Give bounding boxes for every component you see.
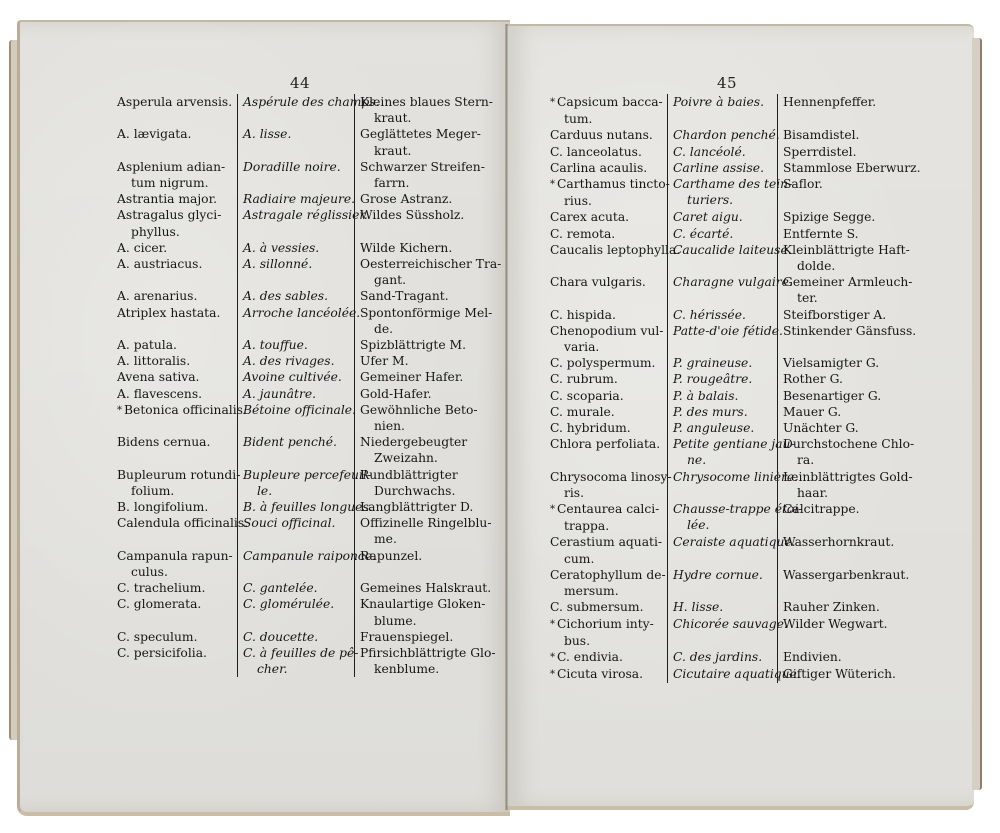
german-name-line: Wildes Süssholz.: [360, 208, 464, 222]
table-row: Chlora perfoliata.Petite gentiane jau-ne…: [550, 436, 909, 468]
latin-name-cell: C. submersum.: [550, 599, 667, 615]
french-name-line: C. gantelée.: [243, 581, 318, 595]
latin-name-line: folium.: [131, 484, 174, 498]
latin-name-cell: Astrantia major.: [117, 191, 237, 207]
german-name-text: me.: [360, 531, 486, 547]
german-name-line: Schwarzer Streifen-: [360, 160, 485, 174]
latin-name-text: Chrysocoma linosy-: [550, 469, 667, 485]
latin-name-line: Calendula officinalis.: [117, 516, 248, 530]
right-page-stack-edge: [972, 38, 982, 790]
german-name-cell: Geglättetes Meger-kraut.: [354, 126, 486, 158]
french-name-text: C. hérissée.: [673, 307, 777, 323]
french-name-cell: Radiaire majeure.: [237, 191, 354, 207]
table-row: Chrysocoma linosy-ris.Chrysocome linière…: [550, 469, 909, 501]
german-name-line: Rapunzel.: [360, 549, 422, 563]
table-row: C. murale.P. des murs.Mauer G.: [550, 404, 909, 420]
german-name-text: Gemeiner Hafer.: [360, 369, 486, 385]
latin-name-cell: *Cicuta virosa.: [550, 666, 667, 683]
french-name-cell: P. à balais.: [667, 388, 777, 404]
french-name-line: C. hérissée.: [673, 308, 746, 322]
french-name-cell: P. graineuse.: [667, 355, 777, 371]
french-name-cell: Carthame des tein-turiers.: [667, 176, 777, 209]
latin-name-cell: Calendula officinalis.: [117, 515, 237, 547]
plant-name-table-right: *Capsicum bacca-tum.Poivre à baies.Henne…: [550, 94, 909, 683]
book-gutter: [505, 24, 508, 810]
german-name-text: Unächter G.: [783, 420, 909, 436]
table-row: C. trachelium.C. gantelée.Gemeines Halsk…: [117, 580, 486, 596]
french-name-line: C. lancéolé.: [673, 145, 746, 159]
latin-name-cell: C. remota.: [550, 226, 667, 242]
german-name-text: Wilde Kichern.: [360, 240, 486, 256]
latin-name-line: Chrysocoma linosy-: [550, 470, 672, 484]
german-name-text: Gold-Hafer.: [360, 386, 486, 402]
latin-name-cell: A. flavescens.: [117, 386, 237, 402]
french-name-line: Radiaire majeure.: [243, 192, 355, 206]
german-name-line: Besenartiger G.: [783, 389, 881, 403]
french-name-text: Carline assise.: [673, 160, 777, 176]
french-name-text: C. doucette.: [243, 629, 354, 645]
latin-name-text: bus.: [550, 633, 667, 649]
page-number-right: 45: [717, 74, 737, 92]
latin-name-cell: C. hybridum.: [550, 420, 667, 436]
latin-name-line: C. submersum.: [550, 600, 644, 614]
french-name-text: Carthame des tein-: [673, 176, 777, 192]
german-name-line: me.: [374, 532, 397, 546]
german-name-cell: Kleinblättrigte Haft-dolde.: [777, 242, 909, 274]
german-name-cell: Steifborstiger A.: [777, 307, 909, 323]
french-name-line: P. à balais.: [673, 389, 738, 403]
table-row: C. lanceolatus.C. lancéolé.Sperrdistel.: [550, 144, 909, 160]
german-name-text: Grose Astranz.: [360, 191, 486, 207]
german-name-text: gant.: [360, 272, 486, 288]
german-name-line: Wilde Kichern.: [360, 241, 452, 255]
latin-name-line: C. endivia.: [557, 650, 623, 664]
table-row: Chara vulgaris.Charagne vulgaire.Gemeine…: [550, 274, 909, 306]
french-name-line: ne.: [687, 453, 706, 467]
german-name-text: Gewöhnliche Beto-: [360, 402, 486, 418]
table-row: A. arenarius.A. des sables.Sand-Tragant.: [117, 288, 486, 304]
latin-name-cell: C. rubrum.: [550, 371, 667, 387]
latin-name-line: Cerastium aquati-: [550, 535, 662, 549]
german-name-line: kraut.: [374, 111, 411, 125]
latin-name-text: A. austriacus.: [117, 256, 237, 272]
latin-name-line: Centaurea calci-: [557, 502, 659, 516]
french-name-cell: A. des rivages.: [237, 353, 354, 369]
french-name-cell: Aspérule des champs.: [237, 94, 354, 126]
asterisk-mark: *: [550, 97, 555, 108]
latin-name-text: *Carthamus tincto-: [550, 176, 667, 193]
latin-name-cell: Bidens cernua.: [117, 434, 237, 466]
latin-name-line: Cicuta virosa.: [557, 667, 643, 681]
french-name-text: C. lancéolé.: [673, 144, 777, 160]
latin-name-text: C. hybridum.: [550, 420, 667, 436]
german-name-text: Zweizahn.: [360, 450, 486, 466]
table-row: Atriplex hastata.Arroche lancéolée.Spont…: [117, 305, 486, 337]
german-name-line: Entfernte S.: [783, 227, 859, 241]
table-row: *Betonica officinalis.Bétoine officinale…: [117, 402, 486, 434]
french-name-text: lée.: [673, 517, 777, 533]
latin-name-line: B. longifolium.: [117, 500, 208, 514]
latin-name-text: C. persicifolia.: [117, 645, 237, 661]
french-name-line: A. touffue.: [243, 338, 308, 352]
german-name-cell: Langblättrigter D.: [354, 499, 486, 515]
french-name-text: le.: [243, 483, 354, 499]
latin-name-line: tum nigrum.: [131, 176, 209, 190]
french-name-cell: Hydre cornue.: [667, 567, 777, 599]
french-name-text: A. jaunâtre.: [243, 386, 354, 402]
latin-name-line: Ceratophyllum de-: [550, 568, 666, 582]
french-name-text: Bident penché.: [243, 434, 354, 450]
german-name-cell: Endivien.: [777, 649, 909, 666]
table-row: C. persicifolia.C. à feuilles de pê-cher…: [117, 645, 486, 677]
latin-name-cell: Avena sativa.: [117, 369, 237, 385]
german-name-line: blume.: [374, 614, 417, 628]
latin-name-text: A. lævigata.: [117, 126, 237, 142]
french-name-text: Arroche lancéolée.: [243, 305, 354, 321]
french-name-cell: Chrysocome linière.: [667, 469, 777, 501]
french-name-cell: Chicorée sauvage.: [667, 616, 777, 649]
german-name-line: Stammlose Eberwurz.: [783, 161, 921, 175]
french-name-text: H. lisse.: [673, 599, 777, 615]
german-name-line: Gemeines Halskraut.: [360, 581, 491, 595]
french-name-line: Bident penché.: [243, 435, 337, 449]
latin-name-cell: Carduus nutans.: [550, 127, 667, 143]
latin-name-text: *Cicuta virosa.: [550, 666, 667, 683]
german-name-text: Durchwachs.: [360, 483, 486, 499]
french-name-text: C. à feuilles de pê-: [243, 645, 354, 661]
german-name-line: Kleinblättrigte Haft-: [783, 243, 910, 257]
german-name-line: Gemeiner Hafer.: [360, 370, 463, 384]
french-name-line: A. sillonné.: [243, 257, 312, 271]
latin-name-line: C. scoparia.: [550, 389, 624, 403]
table-row: A. austriacus.A. sillonné.Oesterreichisc…: [117, 256, 486, 288]
french-name-cell: P. anguleuse.: [667, 420, 777, 436]
latin-name-text: Bidens cernua.: [117, 434, 237, 450]
latin-name-text: culus.: [117, 564, 237, 580]
german-name-line: Frauenspiegel.: [360, 630, 453, 644]
german-name-line: Offizinelle Ringelblu-: [360, 516, 491, 530]
french-name-cell: Chardon penché.: [667, 127, 777, 143]
french-name-line: Bétoine officinale.: [243, 403, 356, 417]
german-name-line: Wasserhornkraut.: [783, 535, 894, 549]
latin-name-line: Carduus nutans.: [550, 128, 653, 142]
french-name-line: Carline assise.: [673, 161, 764, 175]
german-name-line: Gold-Hafer.: [360, 387, 432, 401]
german-name-text: Sperrdistel.: [783, 144, 909, 160]
french-name-text: P. rougeâtre.: [673, 371, 777, 387]
latin-name-line: trappa.: [564, 519, 609, 533]
french-name-cell: A. touffue.: [237, 337, 354, 353]
latin-name-cell: Chlora perfoliata.: [550, 436, 667, 468]
german-name-cell: Rapunzel.: [354, 548, 486, 580]
german-name-text: Pfirsichblättrigte Glo-: [360, 645, 486, 661]
german-name-text: Knaulartige Gloken-: [360, 596, 486, 612]
table-row: C. hybridum.P. anguleuse.Unächter G.: [550, 420, 909, 436]
latin-name-text: C. scoparia.: [550, 388, 667, 404]
table-row: Caucalis leptophylla.Caucalide laiteuse.…: [550, 242, 909, 274]
latin-name-text: Caucalis leptophylla.: [550, 242, 667, 258]
german-name-text: kraut.: [360, 143, 486, 159]
latin-name-line: Chlora perfoliata.: [550, 437, 660, 451]
german-name-cell: Wassergarbenkraut.: [777, 567, 909, 599]
french-name-line: Avoine cultivée.: [243, 370, 342, 384]
french-name-cell: A. jaunâtre.: [237, 386, 354, 402]
latin-name-text: *Betonica officinalis.: [117, 402, 237, 419]
latin-name-line: Campanula rapun-: [117, 549, 233, 563]
latin-name-line: bus.: [564, 634, 590, 648]
table-row: Carduus nutans.Chardon penché.Bisamdiste…: [550, 127, 909, 143]
latin-name-text: Avena sativa.: [117, 369, 237, 385]
french-name-cell: Bétoine officinale.: [237, 402, 354, 434]
german-name-text: Niedergebeugter: [360, 434, 486, 450]
latin-name-line: Asplenium adian-: [117, 160, 225, 174]
latin-name-text: Ceratophyllum de-: [550, 567, 667, 583]
german-name-line: gant.: [374, 273, 406, 287]
french-name-text: P. graineuse.: [673, 355, 777, 371]
latin-name-text: C. trachelium.: [117, 580, 237, 596]
table-row: B. longifolium.B. à feuilles longues.Lan…: [117, 499, 486, 515]
french-name-text: A. des sables.: [243, 288, 354, 304]
german-name-text: Oesterreichischer Tra-: [360, 256, 486, 272]
latin-name-cell: *Betonica officinalis.: [117, 402, 237, 434]
french-name-line: P. anguleuse.: [673, 421, 754, 435]
french-name-cell: A. sillonné.: [237, 256, 354, 288]
german-name-line: Niedergebeugter: [360, 435, 467, 449]
latin-name-text: *Capsicum bacca-: [550, 94, 667, 111]
latin-name-line: Carthamus tincto-: [557, 177, 670, 191]
french-name-cell: H. lisse.: [667, 599, 777, 615]
french-name-cell: Caret aigu.: [667, 209, 777, 225]
german-name-cell: Spontonförmige Mel-de.: [354, 305, 486, 337]
german-name-line: Endivien.: [783, 650, 842, 664]
german-name-cell: Entfernte S.: [777, 226, 909, 242]
page-number-left: 44: [290, 74, 310, 92]
german-name-line: Pfirsichblättrigte Glo-: [360, 646, 496, 660]
french-name-cell: Arroche lancéolée.: [237, 305, 354, 337]
french-name-line: cher.: [257, 662, 288, 676]
table-row: C. polyspermum.P. graineuse.Vielsamigter…: [550, 355, 909, 371]
french-name-text: Patte-d'oie fétide.: [673, 323, 777, 339]
latin-name-text: phyllus.: [117, 224, 237, 240]
table-row: *Centaurea calci-trappa.Chausse-trappe é…: [550, 501, 909, 534]
table-row: A. littoralis.A. des rivages.Ufer M.: [117, 353, 486, 369]
table-row: C. submersum.H. lisse.Rauher Zinken.: [550, 599, 909, 615]
latin-name-line: C. hispida.: [550, 308, 616, 322]
french-name-line: A. des sables.: [243, 289, 328, 303]
table-row: Ceratophyllum de-mersum.Hydre cornue.Was…: [550, 567, 909, 599]
german-name-line: Langblättrigter D.: [360, 500, 473, 514]
latin-name-line: varia.: [564, 340, 599, 354]
french-name-line: P. des murs.: [673, 405, 748, 419]
latin-name-text: C. remota.: [550, 226, 667, 242]
table-row: A. flavescens.A. jaunâtre.Gold-Hafer.: [117, 386, 486, 402]
latin-name-cell: A. arenarius.: [117, 288, 237, 304]
latin-name-cell: *Cichorium inty-bus.: [550, 616, 667, 649]
french-name-cell: Astragale réglissier.: [237, 207, 354, 239]
latin-name-text: Astrantia major.: [117, 191, 237, 207]
french-name-cell: P. rougeâtre.: [667, 371, 777, 387]
latin-name-cell: Carex acuta.: [550, 209, 667, 225]
german-name-text: Durchstochene Chlo-: [783, 436, 909, 452]
french-name-cell: P. des murs.: [667, 404, 777, 420]
latin-name-cell: A. austriacus.: [117, 256, 237, 288]
latin-name-text: folium.: [117, 483, 237, 499]
german-name-cell: Ufer M.: [354, 353, 486, 369]
latin-name-cell: *Carthamus tincto-rius.: [550, 176, 667, 209]
table-row: A. lævigata.A. lisse.Geglättetes Meger-k…: [117, 126, 486, 158]
german-name-text: Gemeiner Armleuch-: [783, 274, 909, 290]
latin-name-line: C. rubrum.: [550, 372, 618, 386]
french-name-line: Astragale réglissier.: [243, 208, 368, 222]
german-name-line: Ufer M.: [360, 354, 408, 368]
french-name-text: Astragale réglissier.: [243, 207, 354, 223]
latin-name-line: A. flavescens.: [117, 387, 202, 401]
french-name-text: C. glomérulée.: [243, 596, 354, 612]
french-name-text: Souci officinal.: [243, 515, 354, 531]
german-name-cell: Knaulartige Gloken-blume.: [354, 596, 486, 628]
german-name-line: Geglättetes Meger-: [360, 127, 481, 141]
german-name-text: Mauer G.: [783, 404, 909, 420]
french-name-cell: Charagne vulgaire.: [667, 274, 777, 306]
german-name-cell: Unächter G.: [777, 420, 909, 436]
latin-name-cell: B. longifolium.: [117, 499, 237, 515]
german-name-text: Entfernte S.: [783, 226, 909, 242]
latin-name-cell: Chrysocoma linosy-ris.: [550, 469, 667, 501]
french-name-text: Charagne vulgaire.: [673, 274, 777, 290]
french-name-line: Doradille noire.: [243, 160, 341, 174]
latin-name-line: Chenopodium vul-: [550, 324, 663, 338]
latin-name-text: C. polyspermum.: [550, 355, 667, 371]
latin-name-line: Chara vulgaris.: [550, 275, 646, 289]
french-name-line: A. lisse.: [243, 127, 291, 141]
latin-name-line: Astragalus glyci-: [117, 208, 221, 222]
latin-name-cell: Caucalis leptophylla.: [550, 242, 667, 274]
german-name-cell: Stammlose Eberwurz.: [777, 160, 909, 176]
latin-name-text: C. rubrum.: [550, 371, 667, 387]
german-name-cell: Wildes Süssholz.: [354, 207, 486, 239]
french-name-cell: B. à feuilles longues.: [237, 499, 354, 515]
german-name-text: Besenartiger G.: [783, 388, 909, 404]
latin-name-line: Cichorium inty-: [557, 617, 654, 631]
french-name-cell: Bident penché.: [237, 434, 354, 466]
german-name-line: Sperrdistel.: [783, 145, 857, 159]
latin-name-line: C. speculum.: [117, 630, 197, 644]
latin-name-cell: C. lanceolatus.: [550, 144, 667, 160]
latin-name-cell: Asperula arvensis.: [117, 94, 237, 126]
french-name-cell: C. lancéolé.: [667, 144, 777, 160]
latin-name-cell: C. scoparia.: [550, 388, 667, 404]
german-name-line: dolde.: [797, 259, 835, 273]
latin-name-cell: Campanula rapun-culus.: [117, 548, 237, 580]
french-name-text: B. à feuilles longues.: [243, 499, 354, 515]
german-name-line: Unächter G.: [783, 421, 859, 435]
german-name-cell: Sand-Tragant.: [354, 288, 486, 304]
french-name-line: H. lisse.: [673, 600, 723, 614]
french-name-line: Hydre cornue.: [673, 568, 763, 582]
french-name-text: P. anguleuse.: [673, 420, 777, 436]
latin-name-line: A. patula.: [117, 338, 177, 352]
french-name-cell: C. à feuilles de pê-cher.: [237, 645, 354, 677]
latin-name-cell: A. cicer.: [117, 240, 237, 256]
french-name-line: A. à vessies.: [243, 241, 319, 255]
french-name-cell: Chausse-trappe étoi-lée.: [667, 501, 777, 534]
latin-name-text: Asplenium adian-: [117, 159, 237, 175]
french-name-text: C. des jardins.: [673, 649, 777, 665]
latin-name-text: Chlora perfoliata.: [550, 436, 667, 452]
german-name-cell: Pfirsichblättrigte Glo-kenblume.: [354, 645, 486, 677]
german-name-text: Wasserhornkraut.: [783, 534, 909, 550]
french-name-cell: C. gantelée.: [237, 580, 354, 596]
french-name-cell: C. des jardins.: [667, 649, 777, 666]
german-name-cell: Schwarzer Streifen-farrn.: [354, 159, 486, 191]
german-name-text: Steifborstiger A.: [783, 307, 909, 323]
french-name-cell: Souci officinal.: [237, 515, 354, 547]
latin-name-line: Avena sativa.: [117, 370, 199, 384]
german-name-line: Zweizahn.: [374, 451, 438, 465]
french-name-text: C. écarté.: [673, 226, 777, 242]
french-name-line: Caret aigu.: [673, 210, 743, 224]
french-name-text: Chausse-trappe étoi-: [673, 501, 777, 517]
french-name-cell: Avoine cultivée.: [237, 369, 354, 385]
french-name-text: Poivre à baies.: [673, 94, 777, 110]
german-name-cell: Gold-Hafer.: [354, 386, 486, 402]
latin-name-text: Calendula officinalis.: [117, 515, 237, 531]
french-name-line: Caucalide laiteuse.: [673, 243, 792, 257]
latin-name-line: A. arenarius.: [117, 289, 197, 303]
latin-name-cell: Bupleurum rotundi-folium.: [117, 467, 237, 499]
german-name-text: dolde.: [783, 258, 909, 274]
german-name-line: Durchwachs.: [374, 484, 455, 498]
german-name-text: Kleines blaues Stern-: [360, 94, 486, 110]
asterisk-mark: *: [550, 179, 555, 190]
german-name-text: kraut.: [360, 110, 486, 126]
asterisk-mark: *: [550, 669, 555, 680]
german-name-line: Sand-Tragant.: [360, 289, 449, 303]
french-name-text: A. lisse.: [243, 126, 354, 142]
table-row: Chenopodium vul-varia.Patte-d'oie fétide…: [550, 323, 909, 355]
german-name-cell: Mauer G.: [777, 404, 909, 420]
french-name-line: Bupleure percefeuil-: [243, 468, 371, 482]
latin-name-cell: Ceratophyllum de-mersum.: [550, 567, 667, 599]
latin-name-text: Bupleurum rotundi-: [117, 467, 237, 483]
french-name-text: Avoine cultivée.: [243, 369, 354, 385]
german-name-line: haar.: [797, 486, 828, 500]
table-row: Cerastium aquati-cum.Ceraiste aquatique.…: [550, 534, 909, 566]
latin-name-cell: Astragalus glyci-phyllus.: [117, 207, 237, 239]
latin-name-cell: Chenopodium vul-varia.: [550, 323, 667, 355]
latin-name-line: C. murale.: [550, 405, 615, 419]
latin-name-text: Atriplex hastata.: [117, 305, 237, 321]
german-name-line: Bisamdistel.: [783, 128, 859, 142]
german-name-line: Stinkender Gänsfuss.: [783, 324, 916, 338]
french-name-text: Aspérule des champs.: [243, 94, 354, 110]
french-name-cell: C. glomérulée.: [237, 596, 354, 628]
latin-name-text: Carex acuta.: [550, 209, 667, 225]
latin-name-text: C. speculum.: [117, 629, 237, 645]
german-name-cell: Oesterreichischer Tra-gant.: [354, 256, 486, 288]
german-name-text: Spizblättrigte M.: [360, 337, 486, 353]
latin-name-text: A. cicer.: [117, 240, 237, 256]
german-name-text: Spontonförmige Mel-: [360, 305, 486, 321]
german-name-cell: Sperrdistel.: [777, 144, 909, 160]
french-name-text: Chardon penché.: [673, 127, 777, 143]
latin-name-text: C. submersum.: [550, 599, 667, 615]
german-name-line: Wassergarbenkraut.: [783, 568, 909, 582]
french-name-cell: A. à vessies.: [237, 240, 354, 256]
french-name-text: A. à vessies.: [243, 240, 354, 256]
latin-name-cell: C. trachelium.: [117, 580, 237, 596]
table-row: *Cicuta virosa.Cicutaire aquatique.Gifti…: [550, 666, 909, 683]
